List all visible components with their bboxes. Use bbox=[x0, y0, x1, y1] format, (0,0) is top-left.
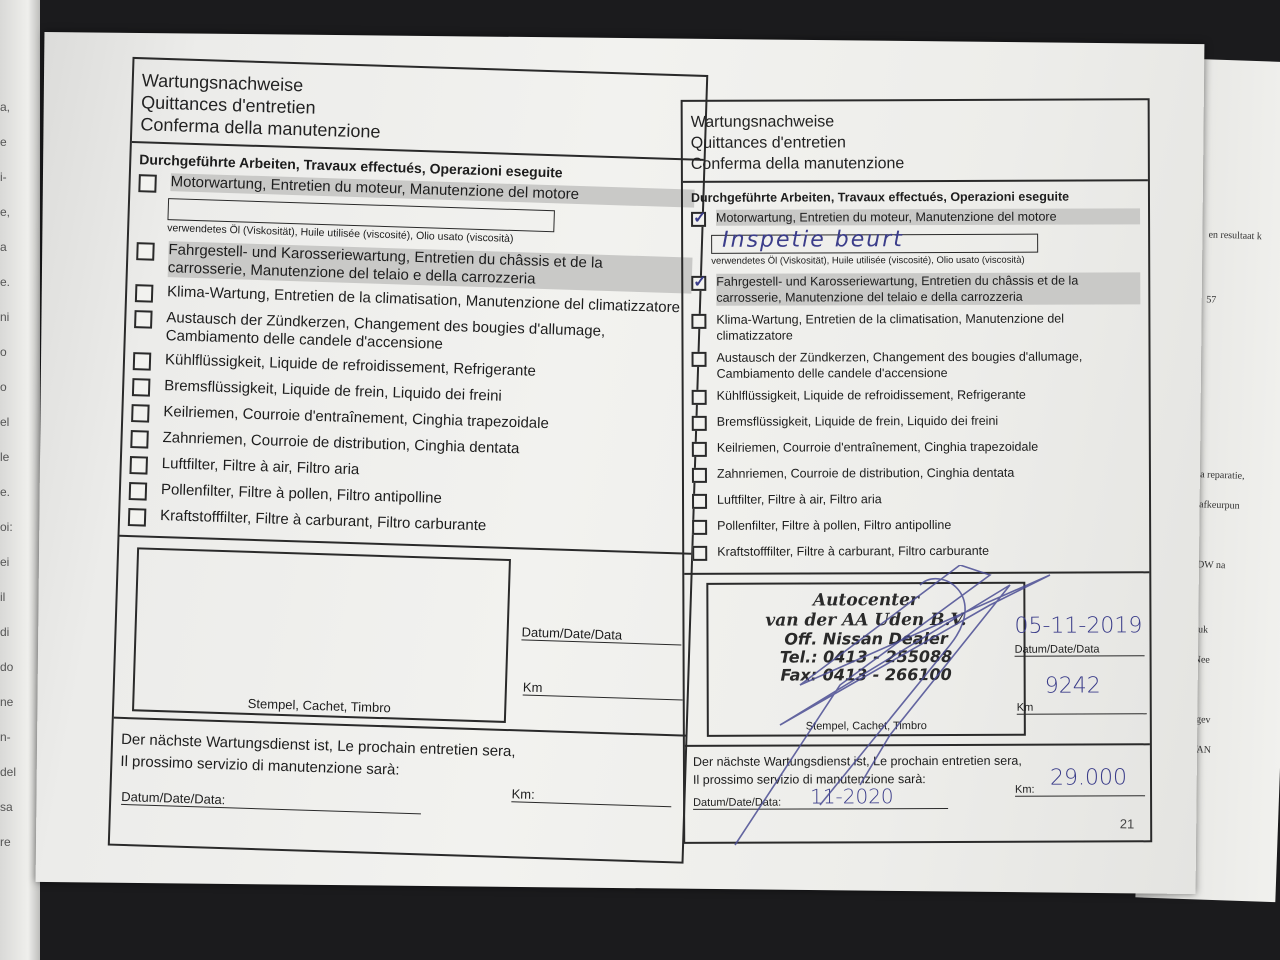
edge-text-fragment: a bbox=[0, 240, 7, 254]
work-item-label: Bremsflüssigkeit, Liquide de frein, Liqu… bbox=[717, 413, 998, 430]
stamp-line-1: Autocenter bbox=[708, 590, 1023, 611]
dealer-stamp: Autocenter van der AA Uden B.V. Off. Nis… bbox=[708, 590, 1023, 685]
edge-text-fragment: do bbox=[0, 660, 13, 674]
checkmark-icon: ✓ bbox=[693, 208, 706, 228]
next-date-label: Datum/Date/Data: bbox=[693, 797, 781, 809]
service-booklet-page: Wartungsnachweise Quittances d'entretien… bbox=[36, 32, 1205, 894]
work-items-list: Motorwartung, Entretien du moteur, Manut… bbox=[120, 169, 703, 547]
maintenance-record-form-right: Wartungsnachweise Quittances d'entretien… bbox=[681, 98, 1153, 844]
stamp-caption: Stempel, Cachet, Timbro bbox=[709, 720, 1024, 733]
stamp-line-2: van der AA Uden B.V. bbox=[708, 610, 1023, 631]
checkbox[interactable] bbox=[136, 242, 155, 261]
km-field[interactable]: Km bbox=[1017, 701, 1147, 714]
checkbox[interactable] bbox=[130, 430, 149, 449]
checkbox[interactable] bbox=[131, 404, 150, 423]
edge-text-fragment: n- bbox=[0, 730, 11, 744]
edge-text-fragment: di bbox=[0, 625, 9, 639]
checkbox[interactable] bbox=[138, 174, 157, 193]
edge-text-fragment: DW na bbox=[1197, 559, 1226, 571]
checkbox[interactable] bbox=[692, 416, 707, 431]
edge-text-fragment: il bbox=[0, 590, 5, 604]
handwritten-km: 9242 bbox=[1045, 673, 1101, 698]
maintenance-record-form-left: Wartungsnachweise Quittances d'entretien… bbox=[108, 57, 708, 864]
checkbox[interactable] bbox=[691, 314, 706, 329]
checkbox[interactable] bbox=[135, 284, 154, 303]
date-field[interactable]: Datum/Date/Data bbox=[521, 624, 681, 645]
checkbox[interactable] bbox=[692, 494, 707, 509]
work-item: ✓Fahrgestell- und Karosseriewartung, Ent… bbox=[683, 269, 1148, 309]
stamp-line-5: Fax: 0413 - 266100 bbox=[709, 666, 1024, 685]
work-items-list: ✓Motorwartung, Entretien du moteur, Manu… bbox=[683, 205, 1149, 567]
oil-caption: verwendetes Öl (Viskosität), Huile utili… bbox=[683, 252, 1148, 271]
work-item-label: Fahrgestell- und Karosseriewartung, Entr… bbox=[716, 272, 1140, 305]
checkbox[interactable]: ✓ bbox=[691, 276, 706, 291]
checkbox[interactable] bbox=[692, 352, 707, 367]
stamp-box: Stempel, Cachet, Timbro bbox=[132, 547, 511, 723]
edge-text-fragment: le bbox=[0, 450, 9, 464]
edge-text-fragment: e bbox=[0, 135, 7, 149]
work-item-label: Luftfilter, Filtre à air, Filtro aria bbox=[717, 491, 882, 508]
edge-text-fragment: del bbox=[0, 765, 16, 779]
next-service-text: Der nächste Wartungsdienst ist, Le proch… bbox=[120, 729, 516, 785]
work-item: Keilriemen, Courroie d'entraînement, Cin… bbox=[684, 435, 1149, 463]
km-field[interactable]: Km bbox=[523, 680, 683, 701]
work-item: Luftfilter, Filtre à air, Filtro aria bbox=[684, 487, 1149, 515]
handwritten-next-km: 29.000 bbox=[1050, 765, 1127, 790]
edge-text-fragment: ei bbox=[0, 555, 9, 569]
work-item: Klima-Wartung, Entretien de la climatisa… bbox=[683, 307, 1148, 347]
handwritten-next-date: 11-2020 bbox=[810, 784, 894, 808]
checkbox[interactable] bbox=[132, 378, 151, 397]
stamp-caption: Stempel, Cachet, Timbro bbox=[134, 692, 504, 719]
stamp-line-4: Tel.: 0413 - 255088 bbox=[709, 648, 1024, 667]
oil-used-field[interactable]: Inspetie beurt bbox=[711, 234, 1038, 254]
work-item: Pollenfilter, Filtre à pollen, Filtro an… bbox=[684, 513, 1149, 541]
checkbox[interactable] bbox=[134, 310, 153, 329]
edge-text-fragment: ne bbox=[0, 695, 13, 709]
work-item-label: Zahnriemen, Courroie de distribution, Ci… bbox=[717, 465, 1014, 482]
work-item: Bremsflüssigkeit, Liquide de frein, Liqu… bbox=[684, 409, 1149, 437]
work-item-label: Pollenfilter, Filtre à pollen, Filtro an… bbox=[161, 481, 442, 508]
edge-text-fragment: o bbox=[0, 380, 7, 394]
checkbox[interactable]: ✓ bbox=[691, 212, 706, 227]
page-number: 21 bbox=[1120, 816, 1135, 831]
stamp-line-3: Off. Nissan Dealer bbox=[708, 630, 1023, 649]
form-title-fr: Quittances d'entretien bbox=[691, 131, 1140, 154]
stamp-section: Stempel, Cachet, Timbro Datum/Date/Data … bbox=[114, 535, 691, 735]
stamp-section: Autocenter van der AA Uden B.V. Off. Nis… bbox=[684, 571, 1150, 745]
km-label: Km bbox=[523, 680, 543, 696]
checkbox[interactable] bbox=[692, 390, 707, 405]
edge-text-fragment: 57 bbox=[1206, 294, 1216, 305]
work-item-label: Klima-Wartung, Entretien de la climatisa… bbox=[716, 310, 1140, 343]
work-item-label: Keilriemen, Courroie d'entraînement, Cin… bbox=[717, 439, 1038, 456]
edge-text-fragment: afkeurpun bbox=[1199, 499, 1240, 511]
edge-text-fragment: i- bbox=[0, 170, 7, 184]
checkbox[interactable] bbox=[129, 482, 148, 501]
work-item-label: Austausch der Zündkerzen, Changement des… bbox=[717, 348, 1141, 381]
form-header: Wartungsnachweise Quittances d'entretien… bbox=[683, 100, 1148, 183]
form-title-it: Conferma della manutenzione bbox=[691, 152, 1140, 175]
edge-text-fragment: sa bbox=[0, 800, 13, 814]
edge-text-fragment: a, bbox=[0, 100, 10, 114]
checkbox[interactable] bbox=[129, 456, 148, 475]
handwritten-date: 05-11-2019 bbox=[1014, 613, 1142, 638]
checkbox[interactable] bbox=[692, 468, 707, 483]
checkbox[interactable] bbox=[692, 520, 707, 535]
work-item: Kraftstofffilter, Filtre à carburant, Fi… bbox=[684, 539, 1149, 567]
edge-text-fragment: e. bbox=[0, 485, 10, 499]
edge-text-fragment: el bbox=[0, 415, 9, 429]
work-item-label: Luftfilter, Filtre à air, Filtro aria bbox=[161, 455, 359, 479]
next-service-section: Der nächste Wartungsdienst ist, Le proch… bbox=[685, 743, 1150, 837]
previous-page-edge: a,ei-e,ae.niooellee.oi:eiildidonen-delsa… bbox=[0, 0, 40, 960]
work-item-label: Kühlflüssigkeit, Liquide de refroidissem… bbox=[717, 387, 1026, 404]
next-date-field[interactable]: Datum/Date/Data: bbox=[121, 789, 421, 814]
edge-text-fragment: a reparatie, bbox=[1200, 469, 1245, 482]
edge-text-fragment: en resultaat k bbox=[1208, 229, 1262, 242]
edge-text-fragment: o bbox=[0, 345, 7, 359]
next-service-section: Der nächste Wartungsdienst ist, Le proch… bbox=[110, 717, 685, 847]
edge-text-fragment: ni bbox=[0, 310, 9, 324]
work-item: Zahnriemen, Courroie de distribution, Ci… bbox=[684, 461, 1149, 489]
next-date-label: Datum/Date/Data: bbox=[121, 789, 225, 807]
edge-text-fragment: e, bbox=[0, 205, 10, 219]
work-item: Kühlflüssigkeit, Liquide de refroidissem… bbox=[684, 383, 1149, 411]
date-label: Datum/Date/Data bbox=[1015, 643, 1100, 655]
edge-text-fragment: re bbox=[0, 835, 11, 849]
km-label: Km bbox=[1017, 702, 1034, 714]
stamp-box: Autocenter van der AA Uden B.V. Off. Nis… bbox=[706, 582, 1026, 737]
work-item-label: Motorwartung, Entretien du moteur, Manut… bbox=[716, 208, 1140, 225]
works-performed-heading: Durchgeführte Arbeiten, Travaux effectué… bbox=[683, 181, 1148, 207]
checkbox[interactable] bbox=[128, 508, 147, 527]
date-label: Datum/Date/Data bbox=[521, 624, 622, 642]
work-item-label: Kraftstofffilter, Filtre à carburant, Fi… bbox=[717, 543, 989, 560]
edge-text-fragment: oi: bbox=[0, 520, 13, 534]
checkmark-icon: ✓ bbox=[693, 272, 706, 292]
work-item: Austausch der Zündkerzen, Changement des… bbox=[683, 345, 1148, 385]
date-field[interactable]: Datum/Date/Data bbox=[1015, 643, 1145, 656]
form-title-de: Wartungsnachweise bbox=[691, 110, 1140, 133]
checkbox[interactable] bbox=[133, 352, 152, 371]
next-km-label: Km: bbox=[1015, 784, 1035, 796]
next-km-label: Km: bbox=[511, 786, 535, 802]
edge-text-fragment: e. bbox=[0, 275, 10, 289]
handwritten-oil-note: Inspetie beurt bbox=[722, 227, 904, 253]
checkbox[interactable] bbox=[692, 442, 707, 457]
checkbox[interactable] bbox=[692, 546, 707, 561]
next-service-line-1: Der nächste Wartungsdienst ist, Le proch… bbox=[693, 752, 1022, 771]
next-km-field[interactable]: Km: bbox=[511, 786, 671, 807]
work-item-label: Pollenfilter, Filtre à pollen, Filtro an… bbox=[717, 517, 951, 534]
